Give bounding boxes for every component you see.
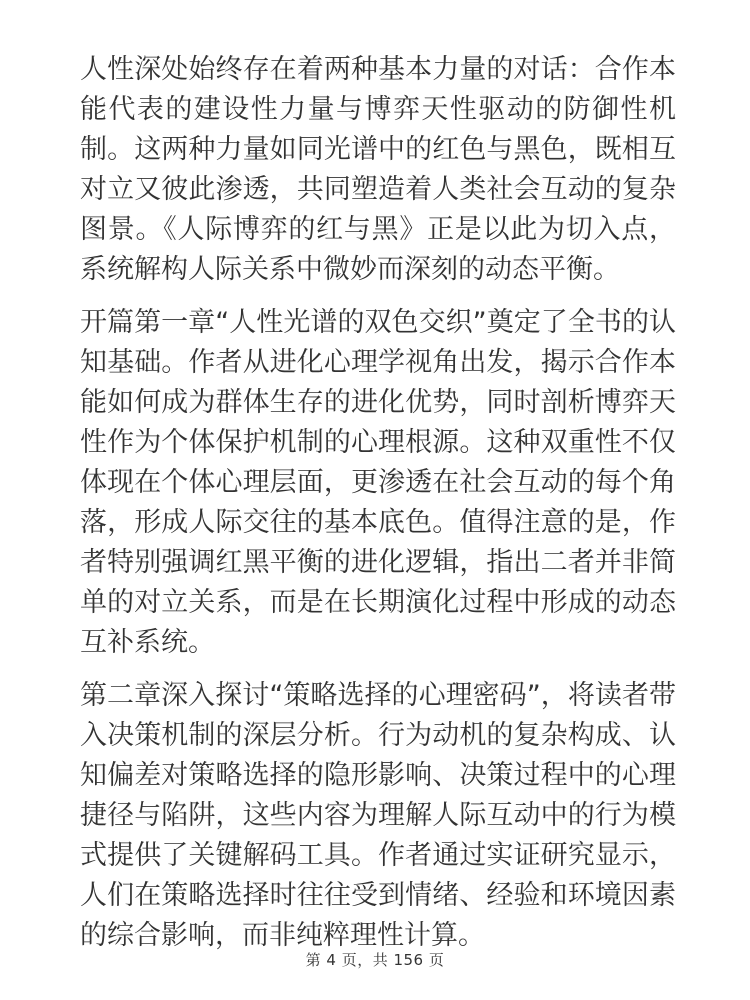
page-number-label: 第 4 页，共 156 页 [306,951,445,969]
body-paragraph-2: 开篇第一章“人性光谱的双色交织”奠定了全书的认知基础。作者从进化心理学视角出发，… [80,303,676,663]
body-paragraph-1: 人性深处始终存在着两种基本力量的对话：合作本能代表的建设性力量与博弈天性驱动的防… [80,50,676,290]
page-footer: 第 4 页，共 156 页 [0,950,750,970]
document-page: 人性深处始终存在着两种基本力量的对话：合作本能代表的建设性力量与博弈天性驱动的防… [0,0,750,1000]
body-text: 人性深处始终存在着两种基本力量的对话：合作本能代表的建设性力量与博弈天性驱动的防… [80,50,676,969]
body-paragraph-3: 第二章深入探讨“策略选择的心理密码”，将读者带入决策机制的深层分析。行为动机的复… [80,676,676,956]
